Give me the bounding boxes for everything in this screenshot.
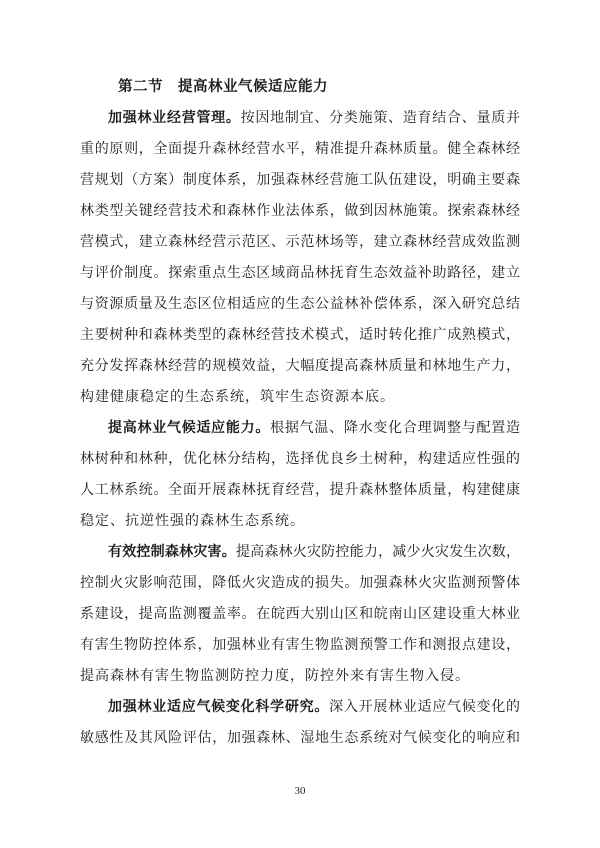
text-segment: 营规划（方案）制度体系，加强森林经营施工队伍建设，明确主要森 <box>80 173 520 188</box>
text-line: 提高林业气候适应能力。根据气温、降水变化合理调整与配置造 <box>80 413 520 444</box>
text-segment: 提高森林有害生物监测防控力度，防控外来有害生物入侵。 <box>80 669 470 684</box>
text-segment: 构建健康稳定的生态系统，筑牢生态资源本底。 <box>80 390 395 405</box>
text-segment: 重的原则，全面提升森林经营水平，精准提升森林质量。健全森林经 <box>80 142 520 157</box>
paragraph: 有效控制森林灾害。提高森林火灾防控能力，减少火灾发生次数，控制火灾影响范围，降低… <box>80 537 520 692</box>
bold-lead-text: 有效控制森林灾害。 <box>108 545 236 560</box>
text-line: 加强林业适应气候变化科学研究。深入开展林业适应气候变化的 <box>80 692 520 723</box>
text-line: 控制火灾影响范围，降低火灾造成的损失。加强森林火灾监测预警体 <box>80 568 520 599</box>
text-segment: 敏感性及其风险评估，加强森林、湿地生态系统对气候变化的响应和 <box>80 731 520 746</box>
page-number: 30 <box>0 783 600 799</box>
text-line: 充分发挥森林经营的规模效益，大幅度提高森林质量和林地生产力， <box>80 351 520 382</box>
text-line: 林树种和林种，优化林分结构，选择优良乡土树种，构建适应性强的 <box>80 444 520 475</box>
paragraph: 加强林业适应气候变化科学研究。深入开展林业适应气候变化的敏感性及其风险评估，加强… <box>80 692 520 754</box>
text-line: 营模式，建立森林经营示范区、示范林场等，建立森林经营成效监测 <box>80 227 520 258</box>
text-line: 敏感性及其风险评估，加强森林、湿地生态系统对气候变化的响应和 <box>80 723 520 754</box>
text-segment: 有害生物防控体系，加强林业有害生物监测预警工作和测报点建设， <box>80 638 520 653</box>
paragraphs-container: 加强林业经营管理。按因地制宜、分类施策、造育结合、量质并重的原则，全面提升森林经… <box>80 103 520 754</box>
text-line: 人工林系统。全面开展森林抚育经营，提升森林整体质量，构建健康 <box>80 475 520 506</box>
document-body: 第二节 提高林业气候适应能力 加强林业经营管理。按因地制宜、分类施策、造育结合、… <box>80 72 520 754</box>
text-segment: 提高森林火灾防控能力，减少火灾发生次数， <box>236 545 520 560</box>
text-segment: 主要树种和森林类型的森林经营技术模式，适时转化推广成熟模式， <box>80 328 520 343</box>
section-heading: 第二节 提高林业气候适应能力 <box>80 72 520 103</box>
text-line: 主要树种和森林类型的森林经营技术模式，适时转化推广成熟模式， <box>80 320 520 351</box>
text-segment: 根据气温、降水变化合理调整与配置造 <box>270 421 520 436</box>
text-line: 重的原则，全面提升森林经营水平，精准提升森林质量。健全森林经 <box>80 134 520 165</box>
paragraph: 提高林业气候适应能力。根据气温、降水变化合理调整与配置造林树种和林种，优化林分结… <box>80 413 520 537</box>
text-line: 与评价制度。探索重点生态区域商品林抚育生态效益补助路径，建立 <box>80 258 520 289</box>
text-line: 加强林业经营管理。按因地制宜、分类施策、造育结合、量质并 <box>80 103 520 134</box>
text-segment: 稳定、抗逆性强的森林生态系统。 <box>80 514 305 529</box>
text-segment: 系建设，提高监测覆盖率。在皖西大别山区和皖南山区建设重大林业 <box>80 607 520 622</box>
text-segment: 控制火灾影响范围，降低火灾造成的损失。加强森林火灾监测预警体 <box>80 576 520 591</box>
text-line: 提高森林有害生物监测防控力度，防控外来有害生物入侵。 <box>80 661 520 692</box>
text-line: 营规划（方案）制度体系，加强森林经营施工队伍建设，明确主要森 <box>80 165 520 196</box>
text-line: 有效控制森林灾害。提高森林火灾防控能力，减少火灾发生次数， <box>80 537 520 568</box>
text-line: 稳定、抗逆性强的森林生态系统。 <box>80 506 520 537</box>
text-segment: 按因地制宜、分类施策、造育结合、量质并 <box>241 111 520 126</box>
text-line: 林类型关键经营技术和森林作业法体系，做到因林施策。探索森林经 <box>80 196 520 227</box>
text-line: 构建健康稳定的生态系统，筑牢生态资源本底。 <box>80 382 520 413</box>
text-segment: 人工林系统。全面开展森林抚育经营，提升森林整体质量，构建健康 <box>80 483 520 498</box>
bold-lead-text: 加强林业经营管理。 <box>108 111 241 126</box>
text-segment: 充分发挥森林经营的规模效益，大幅度提高森林质量和林地生产力， <box>80 359 520 374</box>
bold-lead-text: 加强林业适应气候变化科学研究。 <box>108 700 329 715</box>
text-segment: 营模式，建立森林经营示范区、示范林场等，建立森林经营成效监测 <box>80 235 520 250</box>
bold-lead-text: 提高林业气候适应能力。 <box>108 421 270 436</box>
text-line: 与资源质量及生态区位相适应的生态公益林补偿体系，深入研究总结 <box>80 289 520 320</box>
document-page: 第二节 提高林业气候适应能力 加强林业经营管理。按因地制宜、分类施策、造育结合、… <box>0 0 600 848</box>
text-line: 系建设，提高监测覆盖率。在皖西大别山区和皖南山区建设重大林业 <box>80 599 520 630</box>
text-segment: 与资源质量及生态区位相适应的生态公益林补偿体系，深入研究总结 <box>80 297 520 312</box>
text-segment: 深入开展林业适应气候变化的 <box>329 700 520 715</box>
text-segment: 林树种和林种，优化林分结构，选择优良乡土树种，构建适应性强的 <box>80 452 520 467</box>
text-segment: 与评价制度。探索重点生态区域商品林抚育生态效益补助路径，建立 <box>80 266 520 281</box>
text-line: 有害生物防控体系，加强林业有害生物监测预警工作和测报点建设， <box>80 630 520 661</box>
paragraph: 加强林业经营管理。按因地制宜、分类施策、造育结合、量质并重的原则，全面提升森林经… <box>80 103 520 413</box>
text-segment: 林类型关键经营技术和森林作业法体系，做到因林施策。探索森林经 <box>80 204 520 219</box>
